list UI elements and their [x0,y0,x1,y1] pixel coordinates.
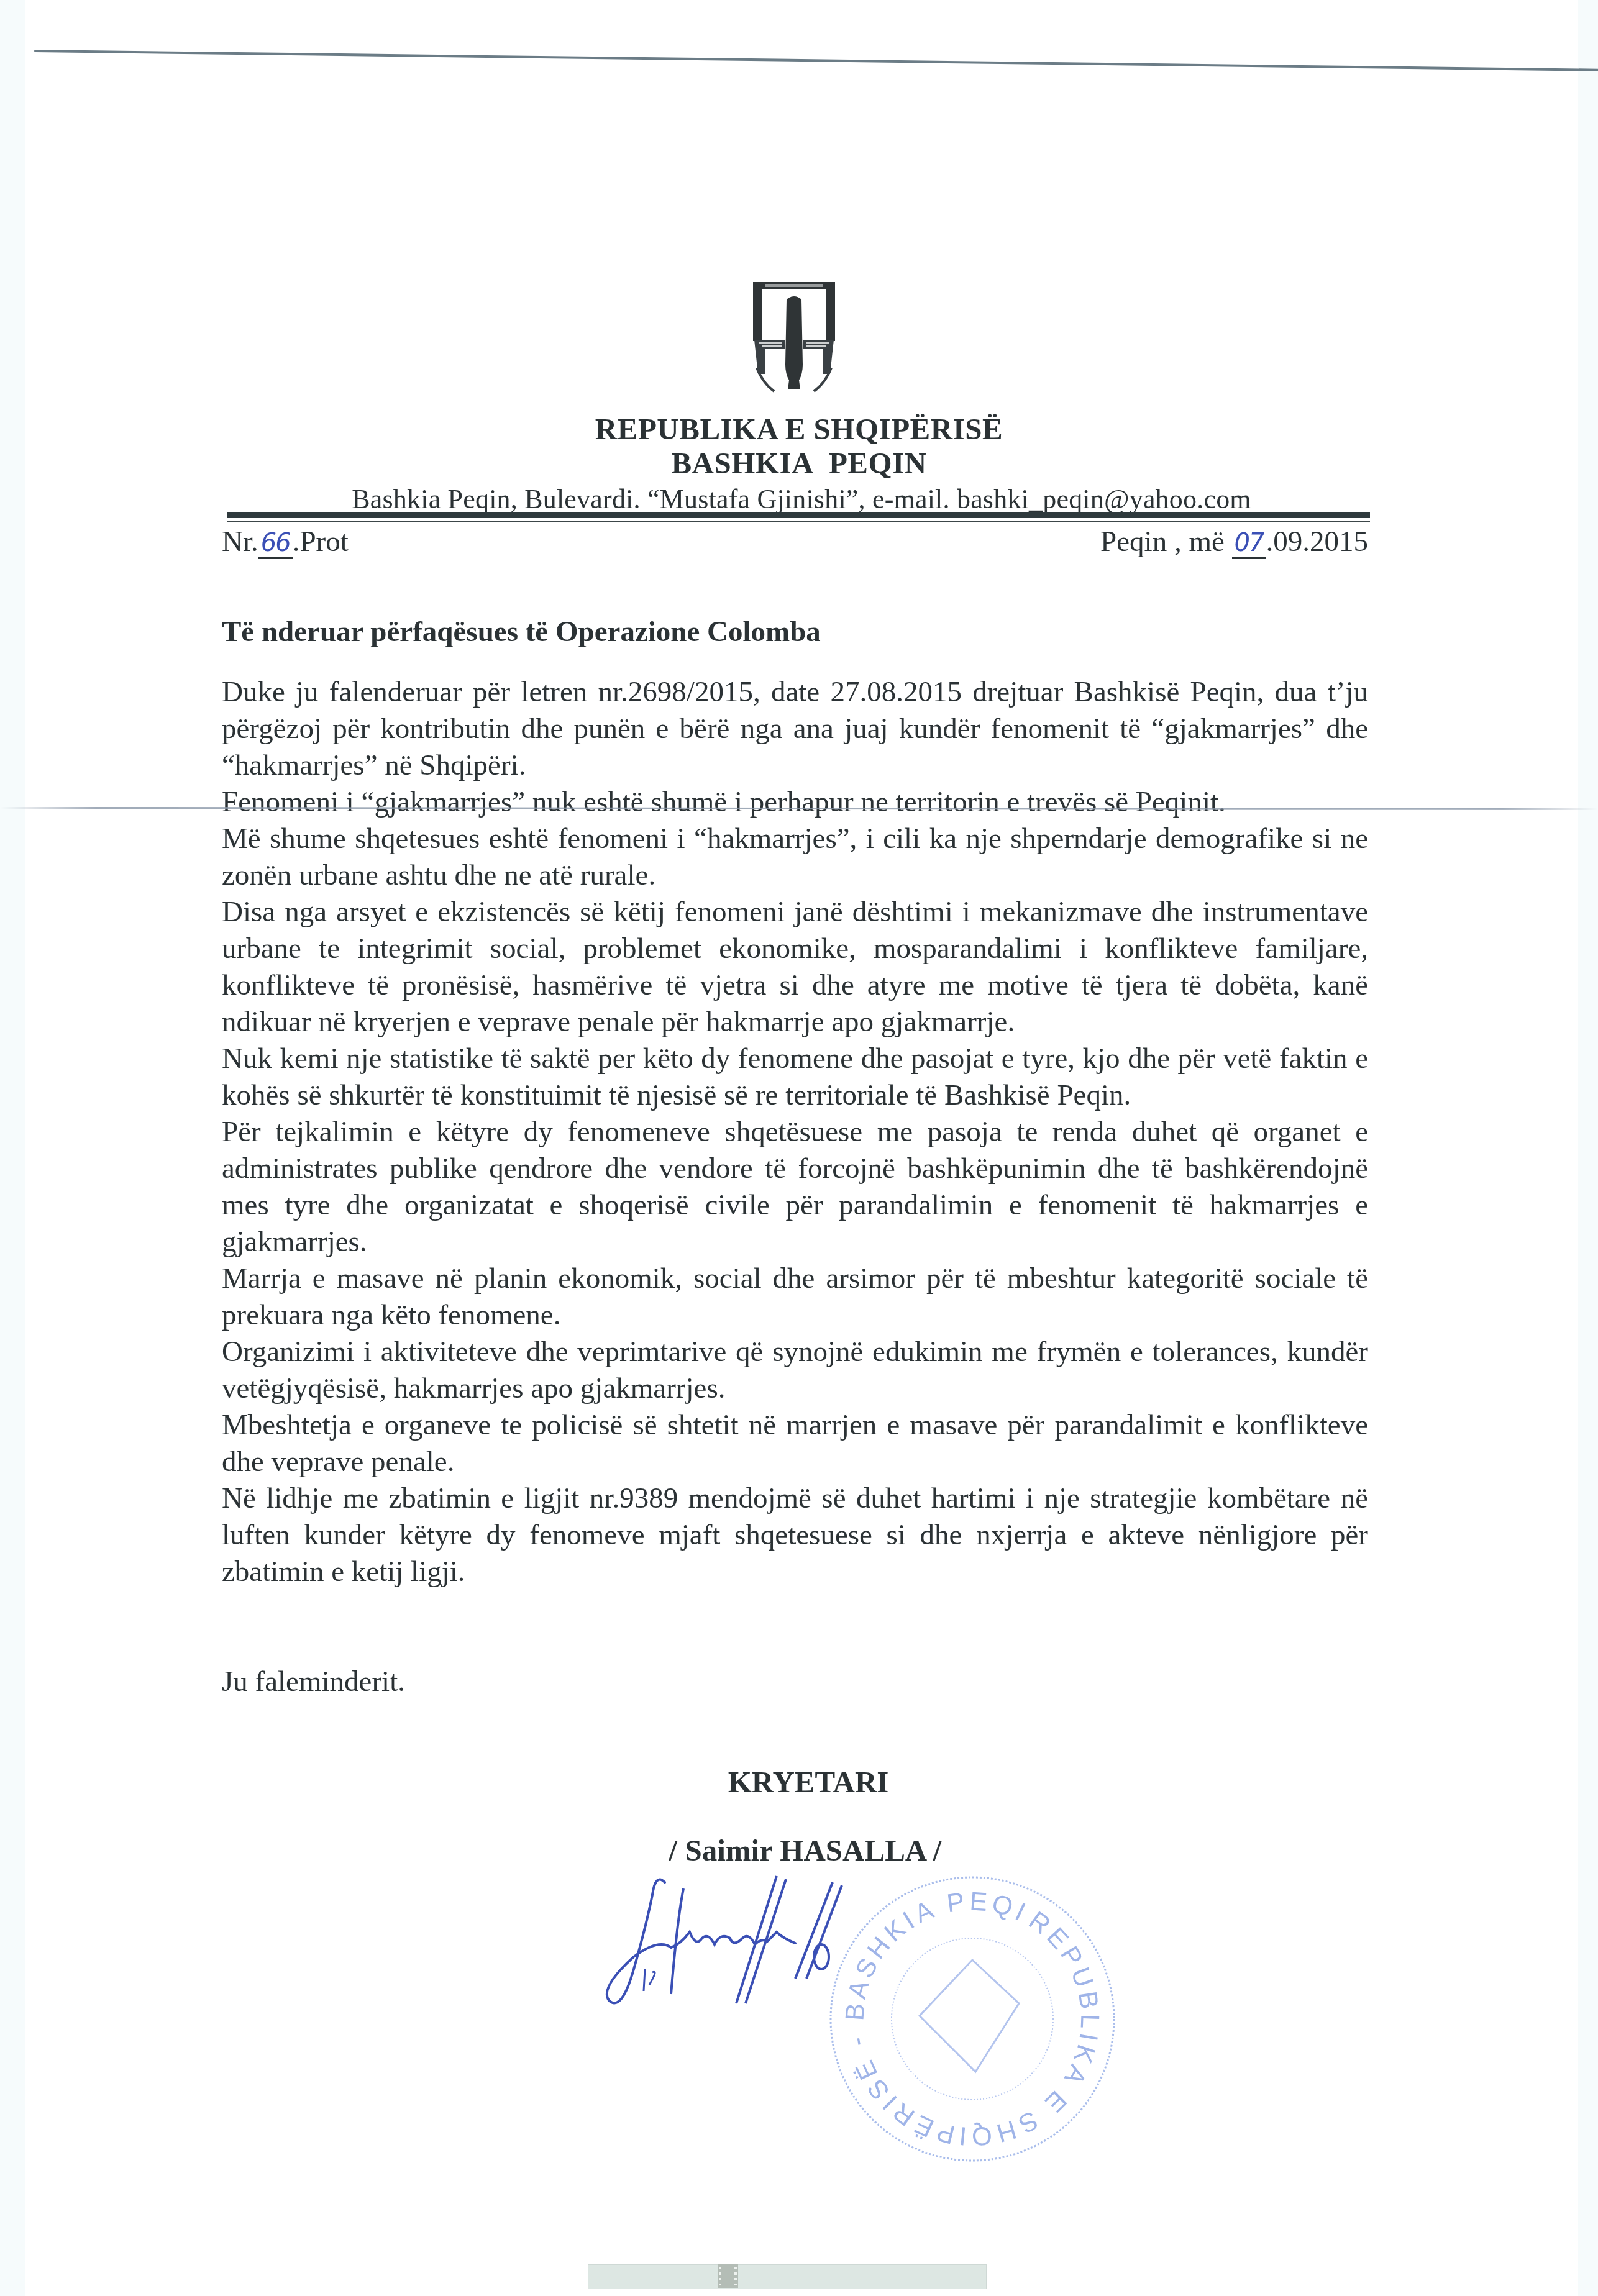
signatory-title: KRYETARI [0,1764,1598,1800]
salutation: Të nderuar përfaqësues të Operazione Col… [222,615,821,649]
paragraph: Duke ju falenderuar për letren nr.2698/2… [222,674,1368,784]
handwritten-protocol-number: 66 [258,529,293,559]
paragraph: Disa nga arsyet e ekzistencës së këtij f… [222,894,1368,1041]
country-heading: REPUBLIKA E SHQIPËRISË [0,411,1598,447]
paragraph: Mbeshtetja e organeve te policisë së sht… [222,1407,1368,1480]
municipality-heading: BASHKIA PEQIN [0,445,1598,481]
paragraph: Nuk kemi nje statistike të saktë per kët… [222,1041,1368,1114]
handwritten-day: 07 [1232,529,1266,559]
letter-body: Duke ju falenderuar për letren nr.2698/2… [222,674,1368,1590]
coat-of-arms-icon [751,281,838,396]
signatory-name: / Saimir HASALLA / [0,1833,1598,1868]
header-rule-thick [227,512,1370,518]
address-line: Bashkia Peqin, Bulevardi. “Mustafa Gjini… [336,483,1267,515]
closing-line: Ju faleminderit. [222,1665,405,1698]
paragraph: Për tejkalimin e këtyre dy fenomeneve sh… [222,1114,1368,1260]
paragraph: Marrja e masave në planin ekonomik, soci… [222,1260,1368,1334]
paragraph: Organizimi i aktiviteteve dhe veprimtari… [222,1334,1368,1407]
paragraph: Fenomeni i “gjakmarrjes” nuk eshtë shumë… [222,784,1368,821]
protocol-number: Nr.66.Prot [222,525,349,559]
letter-date: Peqin , më 07.09.2015 [1100,525,1368,559]
scanner-footer-strip [588,2264,987,2289]
paragraph: Më shume shqetesues eshtë fenomeni i “ha… [222,821,1368,894]
paragraph: Në lidhje me zbatimin e ligjit nr.9389 m… [222,1480,1368,1590]
reference-line: Nr.66.Prot Peqin , më 07.09.2015 [222,525,1368,562]
signature-icon [596,1870,920,2019]
header-rule-thin [227,521,1370,522]
film-strip-icon [718,2264,738,2288]
